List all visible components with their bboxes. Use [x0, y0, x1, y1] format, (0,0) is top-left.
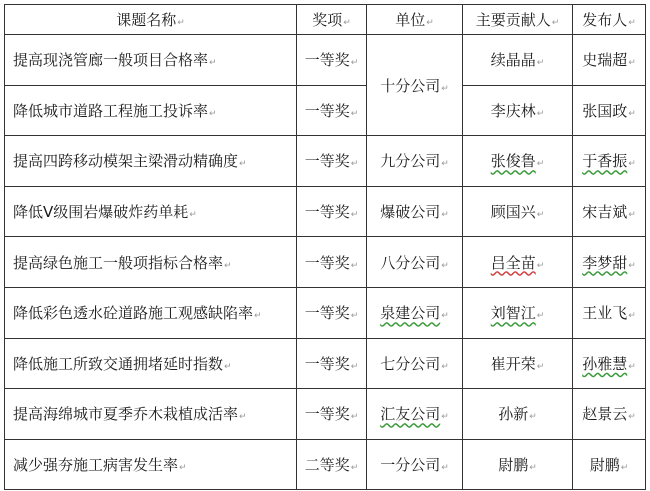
cell-award: 一等奖↵: [297, 35, 367, 86]
cell-publisher: 王业飞↵: [573, 287, 646, 338]
cell-title: 提高海绵城市夏季乔木栽植成活率↵: [5, 389, 297, 440]
table-row: 降低彩色透水砼道路施工观感缺陷率↵ 一等奖↵ 泉建公司↵ 刘智江↵ 王业飞↵: [5, 287, 646, 338]
cell-contributor: 续晶晶↵: [463, 35, 573, 86]
cell-award: 一等奖↵: [297, 136, 367, 187]
cell-contributor: 刘智江↵: [463, 287, 573, 338]
header-unit: 单位↵: [367, 5, 463, 35]
cell-unit: 汇友公司↵: [367, 389, 463, 440]
table-row: 提高现浇管廊一般项目合格率↵ 一等奖↵ 十分公司↵ 续晶晶↵ 史瑞超↵: [5, 35, 646, 86]
cell-unit: 泉建公司↵: [367, 287, 463, 338]
awards-table: 课题名称↵ 奖项↵ 单位↵ 主要贡献人↵ 发布人↵ 提高现浇管廊一般项目合格率↵…: [4, 4, 646, 490]
cell-title: 降低Ⅴ级围岩爆破炸药单耗↵: [5, 186, 297, 237]
cell-contributor: 吕全苗↵: [463, 237, 573, 288]
cell-unit: 一分公司↵: [367, 439, 463, 490]
table-row: 提高绿色施工一般项指标合格率↵ 一等奖↵ 八分公司↵ 吕全苗↵ 李梦甜↵: [5, 237, 646, 288]
cell-contributor: 孙新↵: [463, 389, 573, 440]
table-row: 降低城市道路工程施工投诉率↵ 一等奖↵ 李庆林↵ 张国政↵: [5, 85, 646, 136]
cell-publisher: 宋吉斌↵: [573, 186, 646, 237]
cell-unit: 爆破公司↵: [367, 186, 463, 237]
cell-award: 一等奖↵: [297, 338, 367, 389]
cell-publisher: 赵景云↵: [573, 389, 646, 440]
cell-publisher: 张国政↵: [573, 85, 646, 136]
cell-publisher: 尉鹏↵: [573, 439, 646, 490]
cell-title: 提高绿色施工一般项指标合格率↵: [5, 237, 297, 288]
cell-title: 提高现浇管廊一般项目合格率↵: [5, 35, 297, 86]
cell-title: 降低城市道路工程施工投诉率↵: [5, 85, 297, 136]
cell-title: 降低彩色透水砼道路施工观感缺陷率↵: [5, 287, 297, 338]
cell-award: 一等奖↵: [297, 237, 367, 288]
cell-award: 一等奖↵: [297, 186, 367, 237]
cell-unit-merged: 十分公司↵: [367, 35, 463, 136]
cell-unit: 九分公司↵: [367, 136, 463, 187]
table-header-row: 课题名称↵ 奖项↵ 单位↵ 主要贡献人↵ 发布人↵: [5, 5, 646, 35]
cell-unit: 八分公司↵: [367, 237, 463, 288]
cell-contributor: 崔开荣↵: [463, 338, 573, 389]
header-title: 课题名称↵: [5, 5, 297, 35]
cell-award: 一等奖↵: [297, 287, 367, 338]
cell-award: 二等奖↵: [297, 439, 367, 490]
header-contributor: 主要贡献人↵: [463, 5, 573, 35]
cell-contributor: 顾国兴↵: [463, 186, 573, 237]
cell-contributor: 张俊鲁↵: [463, 136, 573, 187]
table-row: 提高海绵城市夏季乔木栽植成活率↵ 一等奖↵ 汇友公司↵ 孙新↵ 赵景云↵: [5, 389, 646, 440]
cell-award: 一等奖↵: [297, 85, 367, 136]
table-row: 降低施工所致交通拥堵延时指数↵ 一等奖↵ 七分公司↵ 崔开荣↵ 孙雅慧↵: [5, 338, 646, 389]
table-row: 提高四跨移动模架主梁滑动精确度↵ 一等奖↵ 九分公司↵ 张俊鲁↵ 于香振↵: [5, 136, 646, 187]
cell-publisher: 史瑞超↵: [573, 35, 646, 86]
cell-title: 减少强夯施工病害发生率↵: [5, 439, 297, 490]
cell-unit: 七分公司↵: [367, 338, 463, 389]
table-row: 降低Ⅴ级围岩爆破炸药单耗↵ 一等奖↵ 爆破公司↵ 顾国兴↵ 宋吉斌↵: [5, 186, 646, 237]
cell-title: 提高四跨移动模架主梁滑动精确度↵: [5, 136, 297, 187]
cell-publisher: 李梦甜↵: [573, 237, 646, 288]
cell-publisher: 于香振↵: [573, 136, 646, 187]
cell-publisher: 孙雅慧↵: [573, 338, 646, 389]
header-publisher: 发布人↵: [573, 5, 646, 35]
header-award: 奖项↵: [297, 5, 367, 35]
cell-contributor: 尉鹏↵: [463, 439, 573, 490]
table-row: 减少强夯施工病害发生率↵ 二等奖↵ 一分公司↵ 尉鹏↵ 尉鹏↵: [5, 439, 646, 490]
cell-title: 降低施工所致交通拥堵延时指数↵: [5, 338, 297, 389]
cell-contributor: 李庆林↵: [463, 85, 573, 136]
cell-award: 一等奖↵: [297, 389, 367, 440]
